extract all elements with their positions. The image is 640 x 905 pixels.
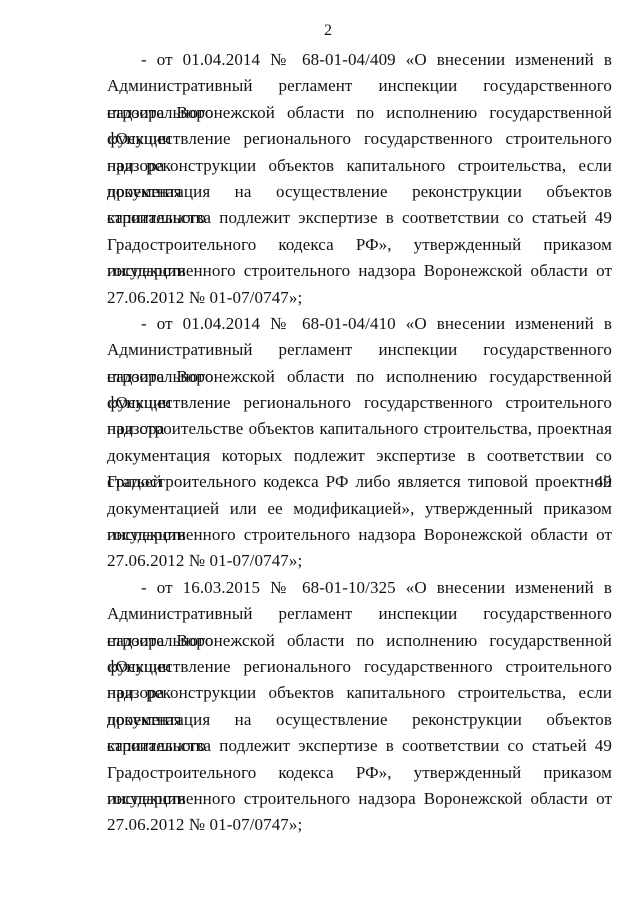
text-line: надзора Воронежской области по исполнени…	[107, 100, 612, 126]
text-line: - от 01.04.2014 № 68-01-04/410 «О внесен…	[107, 311, 612, 337]
text-line: 27.06.2012 № 01-07/0747»;	[107, 548, 612, 574]
text-line: Административный регламент инспекции гос…	[107, 601, 612, 627]
text-line: Градостроительного кодекса РФ», утвержде…	[107, 232, 612, 258]
text-line: - от 01.04.2014 № 68-01-04/409 «О внесен…	[107, 47, 612, 73]
text-line: при строительстве объектов капитального …	[107, 416, 612, 442]
text-line: 27.06.2012 № 01-07/0747»;	[107, 812, 612, 838]
text-line: при реконструкции объектов капитального …	[107, 153, 612, 179]
amendment-paragraph-2: - от 01.04.2014 № 68-01-04/410 «О внесен…	[107, 311, 612, 575]
amendment-paragraph-3: - от 16.03.2015 № 68-01-10/325 «О внесен…	[107, 575, 612, 839]
text-line: «Осуществление регионального государстве…	[107, 654, 612, 680]
text-line: «Осуществление регионального государстве…	[107, 126, 612, 152]
text-line: документация на осуществление реконструк…	[107, 179, 612, 205]
text-line: государственного строительного надзора В…	[107, 786, 612, 812]
scanned-document-page: 2 - от 01.04.2014 № 68-01-04/409 «О внес…	[0, 0, 640, 905]
text-line: надзора Воронежской области по исполнени…	[107, 628, 612, 654]
text-line: 27.06.2012 № 01-07/0747»;	[107, 285, 612, 311]
text-line: документация которых подлежит экспертизе…	[107, 443, 612, 469]
text-line: Градостроительного кодекса РФ», утвержде…	[107, 760, 612, 786]
amendment-paragraph-1: - от 01.04.2014 № 68-01-04/409 «О внесен…	[107, 47, 612, 311]
text-line: документация на осуществление реконструк…	[107, 707, 612, 733]
text-line: - от 16.03.2015 № 68-01-10/325 «О внесен…	[107, 575, 612, 601]
text-line: строительства подлежит экспертизе в соот…	[107, 733, 612, 759]
text-line: «Осуществление регионального государстве…	[107, 390, 612, 416]
text-line: Административный регламент инспекции гос…	[107, 73, 612, 99]
text-line: надзора Воронежской области по исполнени…	[107, 364, 612, 390]
document-body: - от 01.04.2014 № 68-01-04/409 «О внесен…	[107, 47, 612, 839]
text-line: документацией или ее модификацией», утве…	[107, 496, 612, 522]
text-line: строительства подлежит экспертизе в соот…	[107, 205, 612, 231]
page-number: 2	[324, 22, 332, 40]
text-line: при реконструкции объектов капитального …	[107, 680, 612, 706]
text-line: Градостроительного кодекса РФ либо являе…	[107, 469, 612, 495]
text-line: государственного строительного надзора В…	[107, 522, 612, 548]
text-line: Административный регламент инспекции гос…	[107, 337, 612, 363]
text-line: государственного строительного надзора В…	[107, 258, 612, 284]
